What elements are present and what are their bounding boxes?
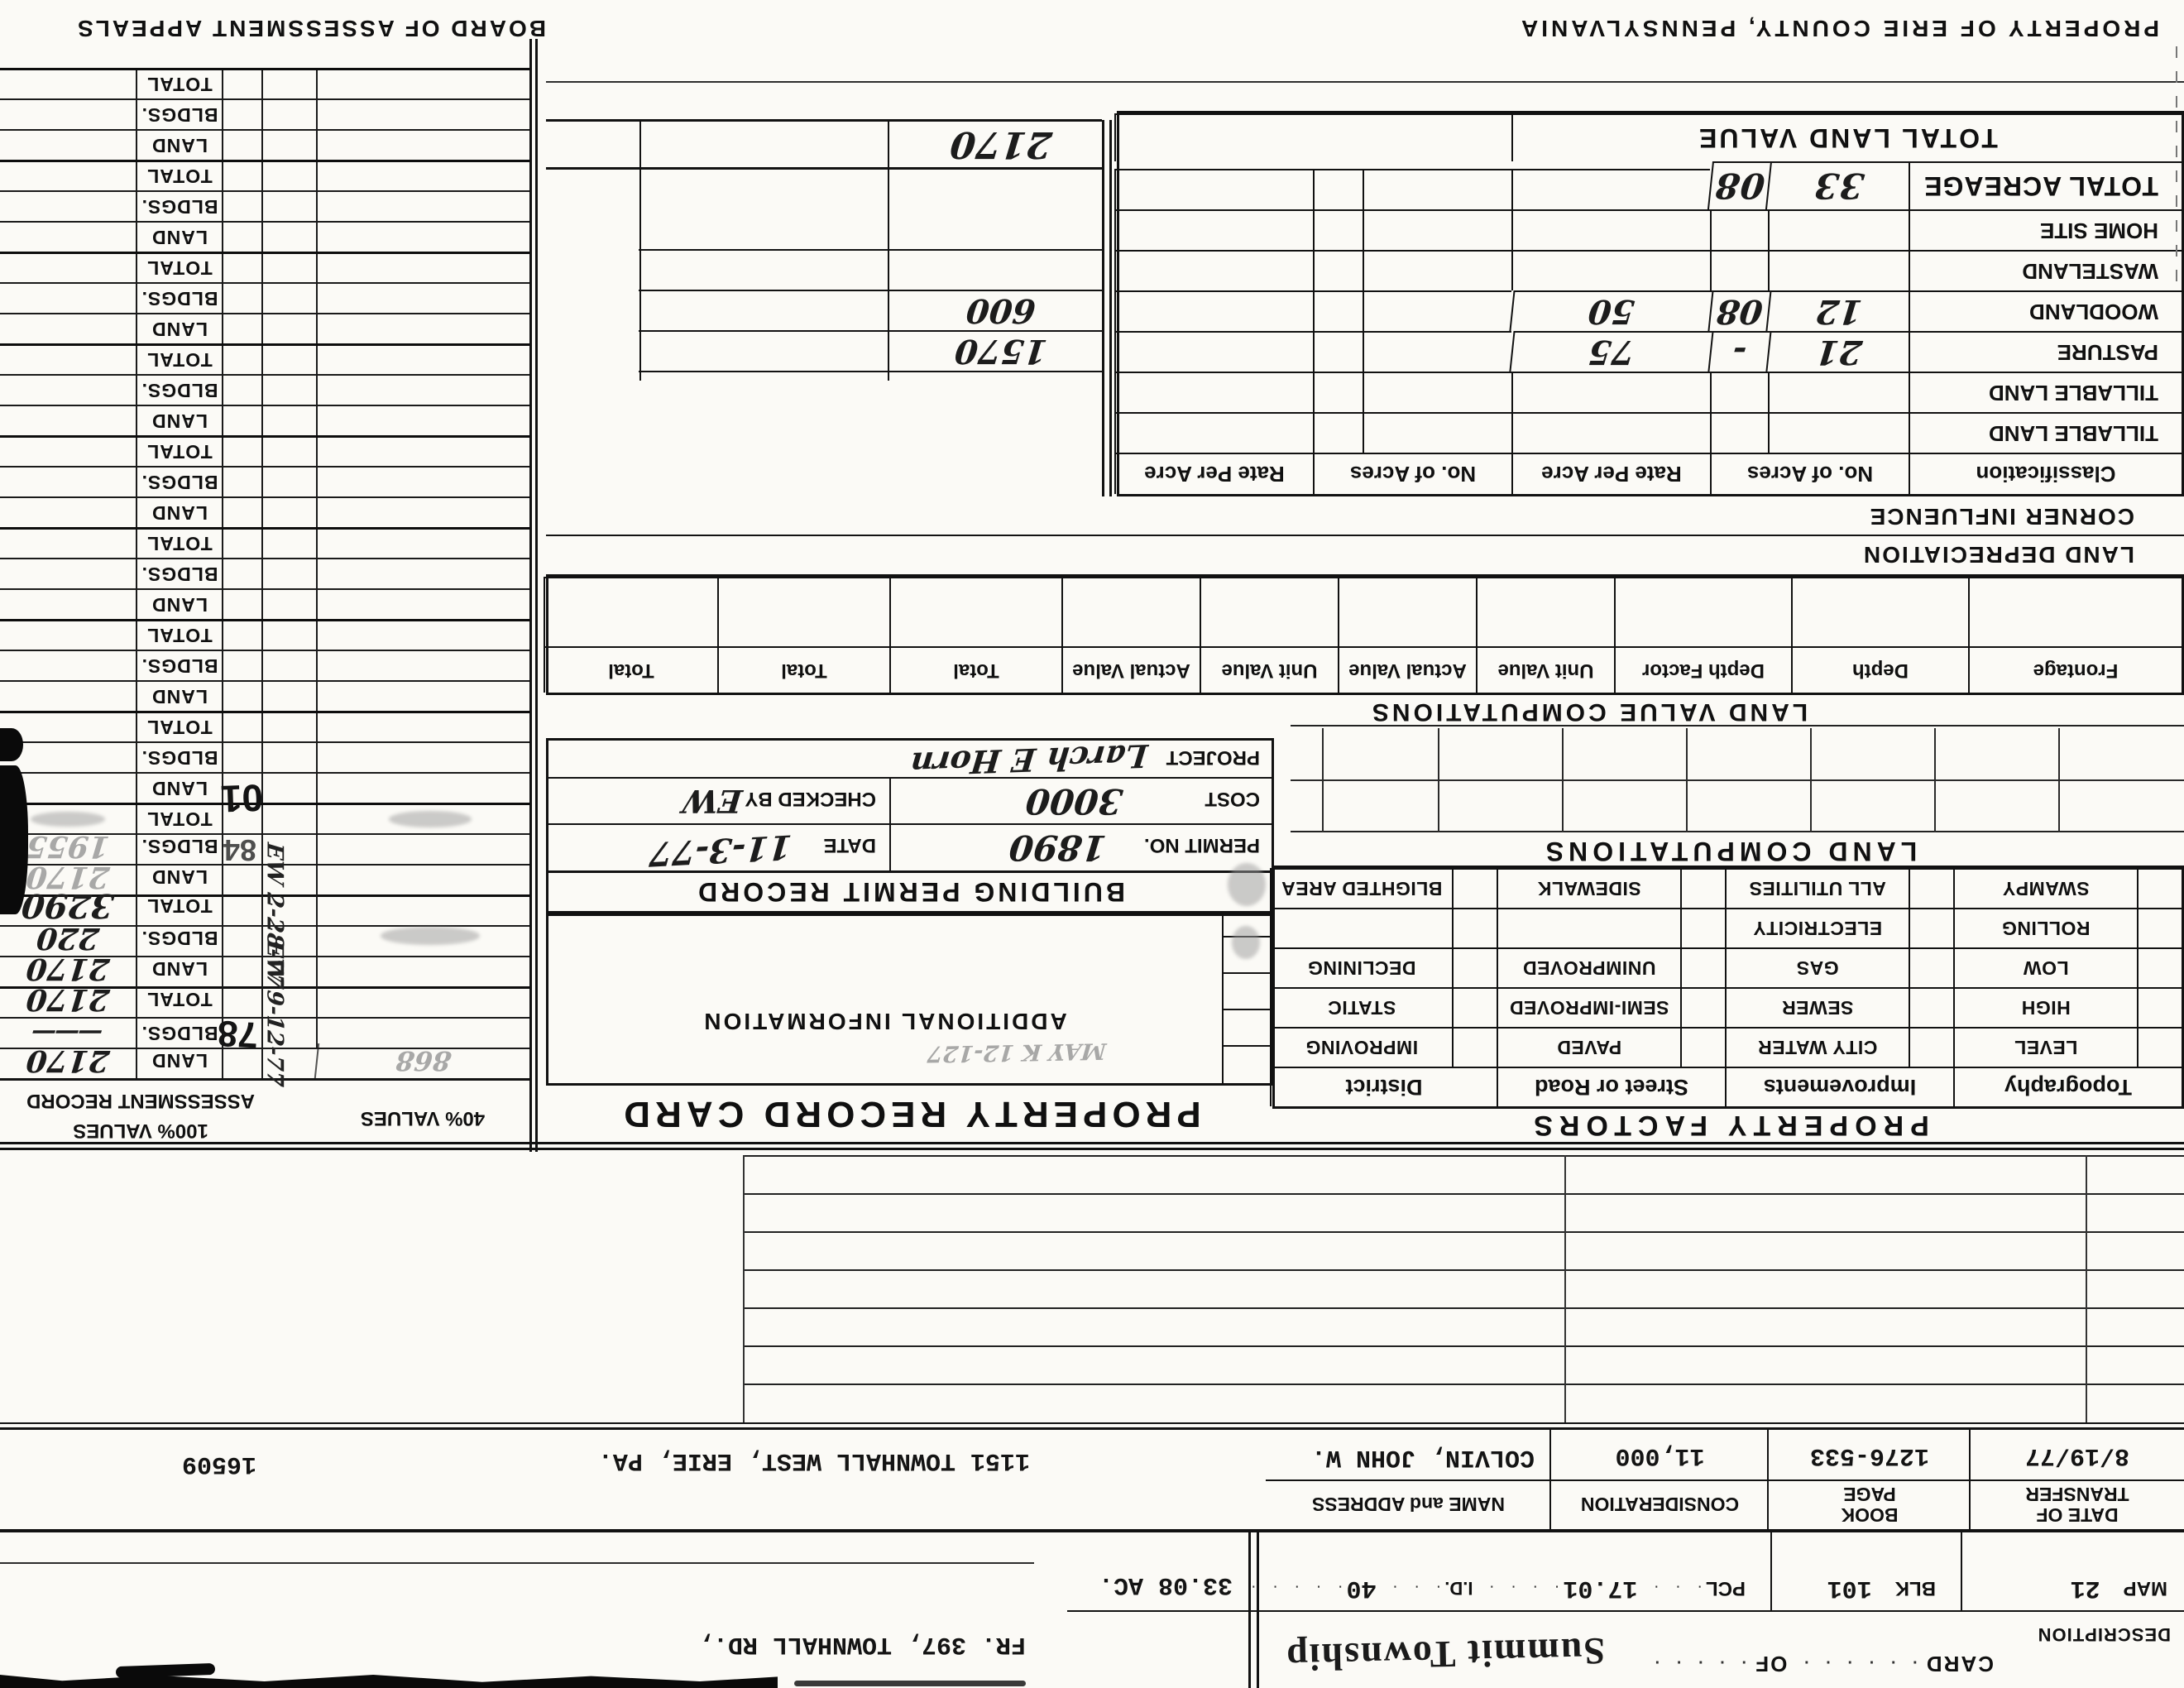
lvc-h-total-3: Total <box>544 646 717 693</box>
woodland-value: 600 <box>908 292 1094 330</box>
pf-col-topography: Topography <box>1953 1067 2182 1106</box>
lvc-empty-cell <box>1614 577 1791 646</box>
faint-stamp-smudge <box>1228 863 1266 906</box>
pf-checkbox <box>1909 868 1953 908</box>
ink-smudge <box>1232 926 1260 959</box>
cls-cell <box>1114 290 1313 331</box>
cls-cell <box>1710 209 1768 250</box>
date-cell <box>261 713 316 741</box>
lvc-h-unit-value-2: Unit Value <box>1200 646 1338 693</box>
assessment-empty-row: LAND <box>0 772 529 803</box>
pf-checkbox <box>1452 947 1497 987</box>
row-label: TOTAL <box>136 70 222 98</box>
value-cell <box>0 406 136 435</box>
date-cell <box>261 406 316 435</box>
row-label: TOTAL <box>136 162 222 190</box>
cls-cell <box>1313 250 1363 290</box>
pasture-rate: 75 <box>1509 331 1712 372</box>
cls-cell <box>1114 372 1313 412</box>
land-value-computations-table: Frontage Depth Depth Factor Unit Value A… <box>546 574 2184 695</box>
blk-cell: BLK 101 <box>1827 1574 1936 1602</box>
rule <box>2086 1155 2087 1422</box>
rule <box>1067 1610 2184 1612</box>
total-land-value-label: TOTAL LAND VALUE <box>1511 113 2182 161</box>
pf-checkbox <box>1452 1027 1497 1067</box>
rule <box>1257 1531 1259 1688</box>
cls-cell <box>1114 169 1313 209</box>
assessment-empty-rows: LANDBLDGS.TOTALLANDBLDGS.TOTALLANDBLDGS.… <box>0 68 529 803</box>
date-cell <box>261 530 316 558</box>
land-depreciation-label: LAND DEPRECIATION <box>1862 541 2134 568</box>
pct40-cell <box>316 774 529 803</box>
cls-row-label: TILLABLE LAND <box>1909 412 2182 453</box>
row-label: LAND <box>136 131 222 160</box>
rule <box>1224 1045 1272 1047</box>
cls-cell <box>1313 290 1363 331</box>
value-cell <box>0 559 136 588</box>
cls-row-label: WOODLAND <box>1909 290 2182 331</box>
stamp-cell <box>222 284 261 313</box>
project-value: Larch E Horn <box>908 737 1149 783</box>
rule <box>745 1193 2184 1195</box>
dot-leader: · · · · · <box>1648 1652 1746 1671</box>
cls-h-rate-2: Rate Per Acre <box>1114 453 1313 494</box>
date-cell <box>261 254 316 282</box>
row-label: TOTAL <box>136 805 222 833</box>
rule <box>639 249 1102 251</box>
cls-cell <box>1768 372 1909 412</box>
pct40-cell <box>316 284 529 313</box>
cls-cell <box>1363 250 1511 290</box>
row-label: BLDGS. <box>136 743 222 772</box>
stamp-cell <box>222 70 261 98</box>
cls-cell <box>1313 412 1363 453</box>
lvc-empty-cell <box>717 577 889 646</box>
pct40-cell <box>316 438 529 466</box>
cls-cell <box>1511 169 1710 209</box>
cls-cell <box>1511 209 1710 250</box>
permit-date-label: DATE <box>823 833 876 856</box>
pf-improvements-sewer: SEWER <box>1725 987 1909 1027</box>
value-cell <box>0 682 136 711</box>
description-label: DESCRIPTION <box>2038 1623 2171 1645</box>
assessment-empty-row: TOTAL <box>0 343 529 374</box>
pct40-value: 868 <box>314 1043 531 1078</box>
total-value-1: 2170 <box>0 982 137 1017</box>
assessment-empty-row: LAND <box>0 680 529 711</box>
date-cell <box>261 651 316 680</box>
date-cell <box>261 376 316 405</box>
assessment-empty-row: LAND <box>0 129 529 160</box>
lvc-empty-cell <box>1061 577 1200 646</box>
cls-row-label: TILLABLE LAND <box>1909 372 2182 412</box>
lvc-empty-cell <box>1791 577 1968 646</box>
assessment-empty-row: TOTAL <box>0 68 529 98</box>
margin-dashes <box>2176 33 2177 281</box>
blk-value: 101 <box>1827 1574 1872 1602</box>
pf-topography-rolling: ROLLING <box>1953 908 2137 947</box>
assessment-record-label: ASSESSMENT RECORD <box>0 1089 281 1112</box>
rule <box>1810 728 1812 832</box>
rule <box>1686 728 1688 832</box>
cost-label: COST <box>1205 787 1260 810</box>
permit-no-value: 1890 <box>1008 827 1109 868</box>
row-label: TOTAL <box>136 713 222 741</box>
pf-col-district: District <box>1270 1067 1497 1106</box>
rule <box>1102 120 1104 496</box>
total-acreage-dec: 08 <box>1707 161 1770 209</box>
pf-improvements-electricity: ELECTRICITY <box>1725 908 1909 947</box>
cls-cell <box>1114 331 1313 372</box>
pf-topography-level: LEVEL <box>1953 1027 2137 1067</box>
row-label: BLDGS. <box>136 559 222 588</box>
cls-h-rate-1: Rate Per Acre <box>1511 453 1710 494</box>
stamp-cell <box>222 376 261 405</box>
pencil-scribble <box>389 811 472 827</box>
rule <box>1562 728 1564 832</box>
pasture-acres: 21 <box>1765 331 1910 372</box>
pf-checkbox <box>1452 987 1497 1027</box>
pct40-cell <box>316 346 529 374</box>
assessment-empty-row: LAND <box>0 588 529 619</box>
date-cell <box>261 314 316 343</box>
pct40-cell <box>316 982 529 1017</box>
pct40-cell <box>316 498 529 527</box>
pct40-cell <box>316 223 529 252</box>
pct40-cell <box>316 860 529 894</box>
assessment-empty-row: TOTAL <box>0 435 529 466</box>
stamp-cell <box>222 346 261 374</box>
row-label: BLDGS. <box>136 1019 222 1048</box>
date-cell <box>261 498 316 527</box>
stamp-cell <box>222 100 261 129</box>
row-label: BLDGS. <box>136 921 222 956</box>
row-label: LAND <box>136 860 222 894</box>
owner-address: 1151 TOWNHALL WEST, ERIE, PA. <box>598 1446 1030 1475</box>
cls-cell <box>1511 372 1710 412</box>
date-cell <box>261 162 316 190</box>
stamp-cell <box>222 223 261 252</box>
rule <box>1564 1155 1566 1422</box>
row-label: LAND <box>136 314 222 343</box>
cls-cell <box>1114 209 1313 250</box>
pf-improvements-gas: GAS <box>1725 947 1909 987</box>
pf-checkbox <box>1680 1027 1725 1067</box>
pf-district-blighted-area: BLIGHTED AREA <box>1270 868 1452 908</box>
rule <box>0 1422 2184 1424</box>
date-cell <box>261 468 316 496</box>
torn-edge <box>794 1681 1026 1686</box>
additional-information-box: MAY K 12-127 ADDITIONAL INFORMATION <box>546 914 1274 1086</box>
pf-col-improvements: Improvements <box>1725 1067 1953 1106</box>
value-cell <box>0 100 136 129</box>
pct40-cell <box>316 743 529 772</box>
stamp-cell <box>222 743 261 772</box>
stamp-cell <box>222 314 261 343</box>
cls-cell <box>1114 250 1313 290</box>
pcl-label: PCL <box>1706 1577 1746 1599</box>
pct40-cell <box>316 952 529 986</box>
pf-district-blank <box>1270 908 1452 947</box>
date-cell <box>261 774 316 803</box>
stamp-cell <box>222 952 261 986</box>
assessment-empty-row: LAND <box>0 496 529 527</box>
cls-cell <box>1363 209 1511 250</box>
lvc-h-actual-value-2: Actual Value <box>1061 646 1200 693</box>
pf-checkbox <box>2137 908 2182 947</box>
stamp-cell <box>222 621 261 650</box>
dot-leader: · · · · · <box>1245 1578 1343 1596</box>
cls-cell <box>1710 250 1768 290</box>
date-cell <box>261 621 316 650</box>
assessment-empty-row: BLDGS. <box>0 98 529 129</box>
pf-district-improving: IMPROVING <box>1270 1027 1452 1067</box>
description-street: FR. 397, TOWNHALL RD., <box>698 1630 1026 1658</box>
owner-name: COLVIN, JOHN W. <box>1311 1443 1535 1471</box>
pencil-scribble <box>31 812 105 827</box>
cls-cell <box>1313 331 1363 372</box>
value-cell <box>0 590 136 619</box>
assessment-empty-row: BLDGS. <box>0 558 529 588</box>
lvc-empty-cell <box>544 577 717 646</box>
rule: PAGE <box>1843 1484 1895 1505</box>
rule <box>745 1269 2184 1271</box>
pct40-cell <box>316 131 529 160</box>
assessment-empty-row: TOTAL <box>0 160 529 190</box>
cls-row-label: HOME SITE <box>1909 209 2182 250</box>
date-cell <box>261 438 316 466</box>
pct40-cell <box>316 192 529 221</box>
rule <box>745 1231 2184 1233</box>
pct40-cell <box>316 559 529 588</box>
woodland-acres: 12 <box>1765 290 1910 331</box>
rule <box>0 1529 2184 1532</box>
pf-checkbox <box>1909 908 1953 947</box>
pct40-label: 40% VALUES <box>316 1105 529 1130</box>
pf-checkbox <box>2137 987 2182 1027</box>
torn-edge <box>0 1675 778 1688</box>
reviewer-date-2: EW 2-28-77 <box>262 842 288 976</box>
rule <box>1770 1532 1772 1612</box>
row-label: TOTAL <box>136 982 222 1017</box>
dot-leader: · · · <box>1637 1578 1703 1596</box>
assessment-empty-row: BLDGS. <box>0 190 529 221</box>
card-rotated-180: CARD · · · · · · OF · · · · · DESCRIPTIO… <box>0 0 2184 1688</box>
assessment-empty-row: LAND <box>0 221 529 252</box>
torn-edge <box>116 1663 215 1678</box>
bldgs-value-2: 220 <box>0 921 137 956</box>
pf-checkbox <box>1909 1027 1953 1067</box>
row-label: BLDGS. <box>136 100 222 129</box>
pasture-value: 1570 <box>908 333 1094 371</box>
rule <box>1224 1009 1272 1010</box>
lvc-empty-cell <box>889 577 1061 646</box>
assessment-empty-row: TOTAL <box>0 527 529 558</box>
cls-cell <box>1710 412 1768 453</box>
pasture-acres-dec: - <box>1707 331 1770 372</box>
township-stamp: Summit Township <box>1285 1629 1606 1680</box>
stamp-cell <box>222 713 261 741</box>
cls-cell <box>1710 372 1768 412</box>
rule: DATE OF <box>2036 1504 2118 1526</box>
transfer-date-header-text: DATE OFTRANSFER <box>2025 1484 2129 1525</box>
pf-street-blank <box>1497 908 1680 947</box>
row-label: LAND <box>136 223 222 252</box>
pct100-label: 100% VALUES <box>0 1119 281 1142</box>
lvc-empty-cell <box>1200 577 1338 646</box>
rule <box>546 535 2184 536</box>
value-cell <box>0 70 136 98</box>
rule <box>0 1562 1034 1564</box>
transfer-date-value: 8/19/77 <box>1971 1431 2184 1479</box>
lvc-h-unit-value-1: Unit Value <box>1476 646 1614 693</box>
value-cell <box>0 376 136 405</box>
project-label: PROJECT <box>1166 746 1260 769</box>
dot-leader: · · · · · · <box>1787 1652 1917 1671</box>
stamp-cell <box>222 921 261 956</box>
assessment-empty-row: LAND <box>0 405 529 435</box>
value-cell <box>0 651 136 680</box>
rule <box>1934 728 1936 832</box>
pencil-note: MAY K 12-127 <box>926 1038 1107 1067</box>
pf-topography-swampy: SWAMPY <box>1953 868 2137 908</box>
row-label: LAND <box>136 682 222 711</box>
value-cell <box>0 162 136 190</box>
pencil-scribble <box>381 927 480 945</box>
pct40-cell <box>316 162 529 190</box>
id-label: I.D. <box>1444 1578 1473 1599</box>
pf-district-static: STATIC <box>1270 987 1452 1027</box>
value-cell <box>0 346 136 374</box>
cls-h-no-acres-1: No. of Acres <box>1710 453 1909 494</box>
pct40-cell <box>316 829 529 864</box>
stamp-cell <box>222 590 261 619</box>
assessment-empty-row: TOTAL <box>0 619 529 650</box>
rule <box>743 1155 745 1422</box>
date-cell <box>261 192 316 221</box>
assessment-empty-row: LAND <box>0 313 529 343</box>
pf-checkbox <box>1909 987 1953 1027</box>
pf-street-unimproved: UNIMPROVED <box>1497 947 1680 987</box>
rule <box>745 1383 2184 1385</box>
date-cell <box>261 743 316 772</box>
transfer-book-header: BOOKPAGE <box>1769 1483 1971 1526</box>
stamp-cell <box>222 468 261 496</box>
transfer-date-header: DATE OFTRANSFER <box>1971 1483 2184 1526</box>
land-computation-cells <box>1291 725 2184 832</box>
cost-value: 3000 <box>1024 781 1125 822</box>
row-label: LAND <box>136 406 222 435</box>
pf-checkbox <box>1452 908 1497 947</box>
cls-h-classification: Classification <box>1909 453 2182 494</box>
rule: BOOK <box>1842 1504 1899 1526</box>
assessment-empty-row: BLDGS. <box>0 374 529 405</box>
pcl-value: 17.01 <box>1563 1574 1637 1602</box>
checked-by-value: EW <box>681 783 744 820</box>
stamp-cell <box>222 254 261 282</box>
lvc-h-total-1: Total <box>889 646 1061 693</box>
value-cell <box>0 192 136 221</box>
rule <box>889 779 891 873</box>
county-title: PROPERTY OF ERIE COUNTY, PENNSYLVANIA <box>1518 15 2159 41</box>
of-label: OF <box>1754 1652 1787 1676</box>
row-label: BLDGS. <box>136 468 222 496</box>
dot-leader: · · · · <box>1473 1578 1559 1596</box>
date-cell <box>261 131 316 160</box>
value-cell <box>0 468 136 496</box>
cls-cell <box>1768 209 1909 250</box>
lvc-h-actual-value-1: Actual Value <box>1338 646 1476 693</box>
rule: TRANSFER <box>2025 1484 2129 1505</box>
owner-zip: 16509 <box>182 1450 256 1478</box>
property-factors-table: Topography Improvements Street or Road D… <box>1272 866 2184 1109</box>
cls-cell <box>1768 250 1909 290</box>
row-label: BLDGS. <box>136 651 222 680</box>
row-label: BLDGS. <box>136 192 222 221</box>
pct40-cell <box>316 100 529 129</box>
row-label: LAND <box>136 498 222 527</box>
land-value-2: 2170 <box>0 952 137 986</box>
pct40-cell <box>316 376 529 405</box>
pf-checkbox <box>1680 947 1725 987</box>
stamp-cell <box>222 682 261 711</box>
year-stamp-84: 84 <box>223 832 256 867</box>
rule <box>1438 728 1439 832</box>
cls-cell <box>1363 169 1511 209</box>
value-cell <box>0 131 136 160</box>
pct40-cell <box>316 713 529 741</box>
rule <box>745 1345 2184 1347</box>
cls-cell <box>1511 250 1710 290</box>
id-value: 40 <box>1347 1574 1377 1602</box>
value-cell <box>0 223 136 252</box>
lvc-h-depth-factor: Depth Factor <box>1614 646 1791 693</box>
building-permit-title: BUILDING PERMIT RECORD <box>548 878 1272 906</box>
date-cell <box>261 100 316 129</box>
value-cell <box>0 621 136 650</box>
blk-label: BLK <box>1895 1577 1936 1599</box>
lvc-empty-cell <box>1338 577 1476 646</box>
row-label: BLDGS. <box>136 376 222 405</box>
transfer-book-header-text: BOOKPAGE <box>1842 1484 1899 1525</box>
assessment-empty-row: BLDGS. <box>0 741 529 772</box>
lvc-title: LAND VALUE COMPUTATIONS <box>1191 698 1985 725</box>
row-label: LAND <box>136 1043 222 1078</box>
pct40-cell <box>316 314 529 343</box>
corner-influence-label: CORNER INFLUENCE <box>1869 503 2134 530</box>
rule <box>745 1155 2184 1157</box>
lvc-h-frontage: Frontage <box>1968 646 2182 693</box>
value-cell <box>0 530 136 558</box>
value-cell <box>0 314 136 343</box>
scanned-property-record-card: CARD · · · · · · OF · · · · · DESCRIPTIO… <box>0 0 2184 1688</box>
total-acreage-value: 33 <box>1765 161 1911 209</box>
pct40-cell <box>316 651 529 680</box>
rule <box>1266 1479 2184 1481</box>
value-cell <box>0 498 136 527</box>
row-label: BLDGS. <box>136 284 222 313</box>
date-cell <box>261 805 316 833</box>
cls-cell <box>1363 331 1511 372</box>
row-label: TOTAL <box>136 621 222 650</box>
date-cell <box>261 223 316 252</box>
rule <box>546 167 1102 170</box>
cls-cell <box>1313 169 1363 209</box>
assessment-empty-row: BLDGS. <box>0 466 529 496</box>
pf-checkbox <box>1680 987 1725 1027</box>
value-cell <box>0 284 136 313</box>
row-label: TOTAL <box>136 530 222 558</box>
